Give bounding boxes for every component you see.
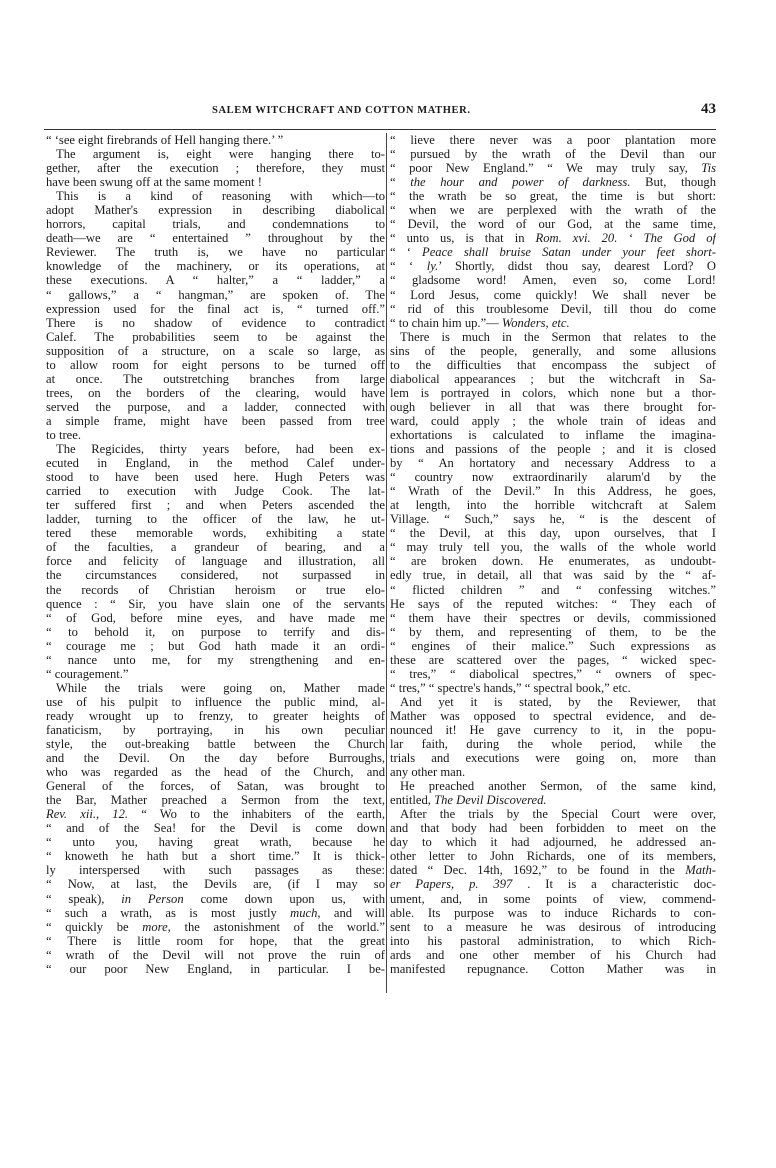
- text-line: served the purpose, and a ladder, connec…: [46, 400, 385, 414]
- text-line: “ unto you, having great wrath, because …: [46, 835, 385, 849]
- text-line: “ gallows,” a “ hangman,” are spoken of.…: [46, 288, 385, 302]
- text-line: diabolical appearances ; but the witchcr…: [390, 372, 716, 386]
- text-line: And yet it is stated, by the Reviewer, t…: [390, 695, 716, 709]
- text-line: edly true, in detail, all that was said …: [390, 568, 716, 582]
- text-line: adopt Mather's expression in describing …: [46, 203, 385, 217]
- text-line: ument, and, in some points of view, comm…: [390, 892, 716, 906]
- text-line: force and felicity of language and illus…: [46, 554, 385, 568]
- text-line: stood to have been used here. Hugh Peter…: [46, 470, 385, 484]
- text-line: “ such a wrath, as is most justly much, …: [46, 906, 385, 920]
- text-line: “ lieve there never was a poor plantatio…: [390, 133, 716, 147]
- text-line: General of the forces, of Satan, was bro…: [46, 779, 385, 793]
- text-line: ladder, turning to the officer of the la…: [46, 512, 385, 526]
- text-line: lem is portrayed in colors, which none b…: [390, 386, 716, 400]
- text-line: these are scattered over the pages, “ wi…: [390, 653, 716, 667]
- right-column: “ lieve there never was a poor plantatio…: [390, 133, 716, 976]
- text-line: “ country now extraordinarily alarum'd b…: [390, 470, 716, 484]
- text-line: Village. “ Such,” says he, “ is the desc…: [390, 512, 716, 526]
- text-line: other letter to John Richards, one of it…: [390, 849, 716, 863]
- text-line: “ flicted children ” and “ confessing wi…: [390, 583, 716, 597]
- text-line: “ tres,” “ diabolical spectres,” “ owner…: [390, 667, 716, 681]
- text-line: to the difficulties that encompass the s…: [390, 358, 716, 372]
- text-line: Rev. xii., 12. “ Wo to the inhabiters of…: [46, 807, 385, 821]
- text-line: “ courage me ; but God hath made it an o…: [46, 639, 385, 653]
- text-line: ards and one other member of his Church …: [390, 948, 716, 962]
- text-line: by “ An hortatory and necessary Address …: [390, 456, 716, 470]
- text-line: He preached another Sermon, of the same …: [390, 779, 716, 793]
- text-line: death—we are “ entertained ” throughout …: [46, 231, 385, 245]
- text-line: exhortations is calculated to inflame th…: [390, 428, 716, 442]
- text-line: There is no shadow of evidence to contra…: [46, 316, 385, 330]
- text-line: ward, could apply ; the whole train of i…: [390, 414, 716, 428]
- text-line: “ Devil, the word of our God, at the sam…: [390, 217, 716, 231]
- text-line: style, the out-breaking battle between t…: [46, 737, 385, 751]
- text-line: “ nance unto me, for my strengthening an…: [46, 653, 385, 667]
- text-line: “ tres,” “ spectre's hands,” “ spectral …: [390, 681, 716, 695]
- text-line: sent to a measure he was desirous of int…: [390, 920, 716, 934]
- text-line: er Papers, p. 397 . It is a characterist…: [390, 877, 716, 891]
- text-line: “ our poor New England, in particular. I…: [46, 962, 385, 976]
- text-line: a simple frame, might have been passed f…: [46, 414, 385, 428]
- text-line: Reviewer. The truth is, we have no parti…: [46, 245, 385, 259]
- text-line: have been swung off at the same moment !: [46, 175, 385, 189]
- column-divider: [386, 133, 387, 993]
- text-line: horrors, capital trials, and condemnatio…: [46, 217, 385, 231]
- page-number: 43: [701, 101, 716, 118]
- text-line: “ pursued by the wrath of the Devil than…: [390, 147, 716, 161]
- text-line: “ speak), in Person come down upon us, w…: [46, 892, 385, 906]
- text-line: “ by them, and representing of them, to …: [390, 625, 716, 639]
- text-line: “ of God, before mine eyes, and have mad…: [46, 611, 385, 625]
- text-line: He says of the reputed witches: “ They e…: [390, 597, 716, 611]
- text-line: “ Wrath of the Devil.” In this Address, …: [390, 484, 716, 498]
- text-line: “ the hour and power of darkness. But, t…: [390, 175, 716, 189]
- text-line: “ the wrath be so great, the time is but…: [390, 189, 716, 203]
- text-line: “ knoweth he hath but a short time.” It …: [46, 849, 385, 863]
- text-line: ough believer in all that was there brou…: [390, 400, 716, 414]
- text-line: and the Devil. On the day before Burroug…: [46, 751, 385, 765]
- text-line: “ and of the Sea! for the Devil is come …: [46, 821, 385, 835]
- text-line: The argument is, eight were hanging ther…: [46, 147, 385, 161]
- text-line: “ to behold it, on purpose to terrify an…: [46, 625, 385, 639]
- text-line: and that body had been forbidden to meet…: [390, 821, 716, 835]
- text-line: “ the Devil, at this day, upon ourselves…: [390, 526, 716, 540]
- text-line: ly interspersed with such passages as th…: [46, 863, 385, 877]
- text-line: manifested repugnance. Cotton Mather was…: [390, 962, 716, 976]
- text-line: day to which it had adjourned, he addres…: [390, 835, 716, 849]
- text-line: gether, after the execution ; therefore,…: [46, 161, 385, 175]
- text-line: fanaticism, by portraying, in his own pe…: [46, 723, 385, 737]
- text-line: “ may truly tell you, the walls of the w…: [390, 540, 716, 554]
- text-line: After the trials by the Special Court we…: [390, 807, 716, 821]
- text-line: at once. The outstretching branches from…: [46, 372, 385, 386]
- text-line: Mather was opposed to spectral evidence,…: [390, 709, 716, 723]
- text-line: “ ‘ Peace shall bruise Satan under your …: [390, 245, 716, 259]
- text-line: tered these memorable words, exhibiting …: [46, 526, 385, 540]
- text-line: to tree.: [46, 428, 385, 442]
- text-line: carried to execution with Judge Cook. Th…: [46, 484, 385, 498]
- text-line: quence : “ Sir, you have slain one of th…: [46, 597, 385, 611]
- text-line: “ are broken down. He enumerates, as und…: [390, 554, 716, 568]
- text-line: “ Now, at last, the Devils are, (if I ma…: [46, 877, 385, 891]
- text-line: “ poor New England.” “ We may truly say,…: [390, 161, 716, 175]
- text-line: The Regicides, thirty years before, had …: [46, 442, 385, 456]
- text-line: who was regarded as the head of the Chur…: [46, 765, 385, 779]
- text-line: “ ‘see eight firebrands of Hell hanging …: [46, 133, 385, 147]
- running-title: SALEM WITCHCRAFT AND COTTON MATHER.: [212, 105, 471, 116]
- text-line: “ when we are perplexed with the wrath o…: [390, 203, 716, 217]
- text-line: “ ‘ ly.’ Shortly, didst thou say, deares…: [390, 259, 716, 273]
- text-line: the Bar, Mather preached a Sermon from t…: [46, 793, 385, 807]
- text-line: nounced it! He gave currency to it, in t…: [390, 723, 716, 737]
- text-line: supposition of a structure, on a scale s…: [46, 344, 385, 358]
- text-line: ecuted in England, in the method Calef u…: [46, 456, 385, 470]
- text-line: “ couragement.”: [46, 667, 385, 681]
- page-header: SALEM WITCHCRAFT AND COTTON MATHER. 43: [44, 99, 716, 121]
- text-line: of the faculties, a grandeur of bearing,…: [46, 540, 385, 554]
- text-line: “ rid of this troublesome Devil, till th…: [390, 302, 716, 316]
- text-line: the circumstances considered, not surpas…: [46, 568, 385, 582]
- text-line: sins of the people, generally, and some …: [390, 344, 716, 358]
- text-line: any other man.: [390, 765, 716, 779]
- text-line: This is a kind of reasoning with which—t…: [46, 189, 385, 203]
- text-line: Calef. The probabilities seem to be agai…: [46, 330, 385, 344]
- text-line: “ quickly be more, the astonishment of t…: [46, 920, 385, 934]
- text-line: While the trials were going on, Mather m…: [46, 681, 385, 695]
- text-line: ready wrought up to frenzy, to greater h…: [46, 709, 385, 723]
- text-line: “ gladsome word! Amen, even so, come Lor…: [390, 273, 716, 287]
- text-line: “ them have their spectres or devils, co…: [390, 611, 716, 625]
- text-line: tions and passions of the people ; and i…: [390, 442, 716, 456]
- text-line: “ to chain him up.”— Wonders, etc.: [390, 316, 716, 330]
- header-rule: [44, 129, 716, 130]
- text-line: “ unto us, is that in Rom. xvi. 20. ‘ Th…: [390, 231, 716, 245]
- text-line: trials and executions were going on, mor…: [390, 751, 716, 765]
- left-column: “ ‘see eight firebrands of Hell hanging …: [46, 133, 385, 976]
- text-line: “ There is little room for hope, that th…: [46, 934, 385, 948]
- text-line: expression used for the final act is, “ …: [46, 302, 385, 316]
- text-line: entitled, The Devil Discovered.: [390, 793, 716, 807]
- text-line: ter suffered first ; and when Peters asc…: [46, 498, 385, 512]
- text-line: the records of Christian heroism or true…: [46, 583, 385, 597]
- text-line: There is much in the Sermon that relates…: [390, 330, 716, 344]
- text-line: “ wrath of the Devil will not prove the …: [46, 948, 385, 962]
- text-line: use of his pulpit to influence the publi…: [46, 695, 385, 709]
- text-line: dated “ Dec. 14th, 1692,” to be found in…: [390, 863, 716, 877]
- text-line: “ engines of their malice.” Such express…: [390, 639, 716, 653]
- text-line: these executions. A “ halter,” a “ ladde…: [46, 273, 385, 287]
- text-line: knowledge of the machinery, or its opera…: [46, 259, 385, 273]
- text-line: into his pastoral administration, to whi…: [390, 934, 716, 948]
- text-line: trees, on the borders of the clearing, w…: [46, 386, 385, 400]
- text-line: “ Lord Jesus, come quickly! We shall nev…: [390, 288, 716, 302]
- text-line: able. Its purpose was to induce Richards…: [390, 906, 716, 920]
- text-line: at length, into the horrible witchcraft …: [390, 498, 716, 512]
- text-line: to allow room for eight persons to be tu…: [46, 358, 385, 372]
- text-line: lar faith, during the whole period, whil…: [390, 737, 716, 751]
